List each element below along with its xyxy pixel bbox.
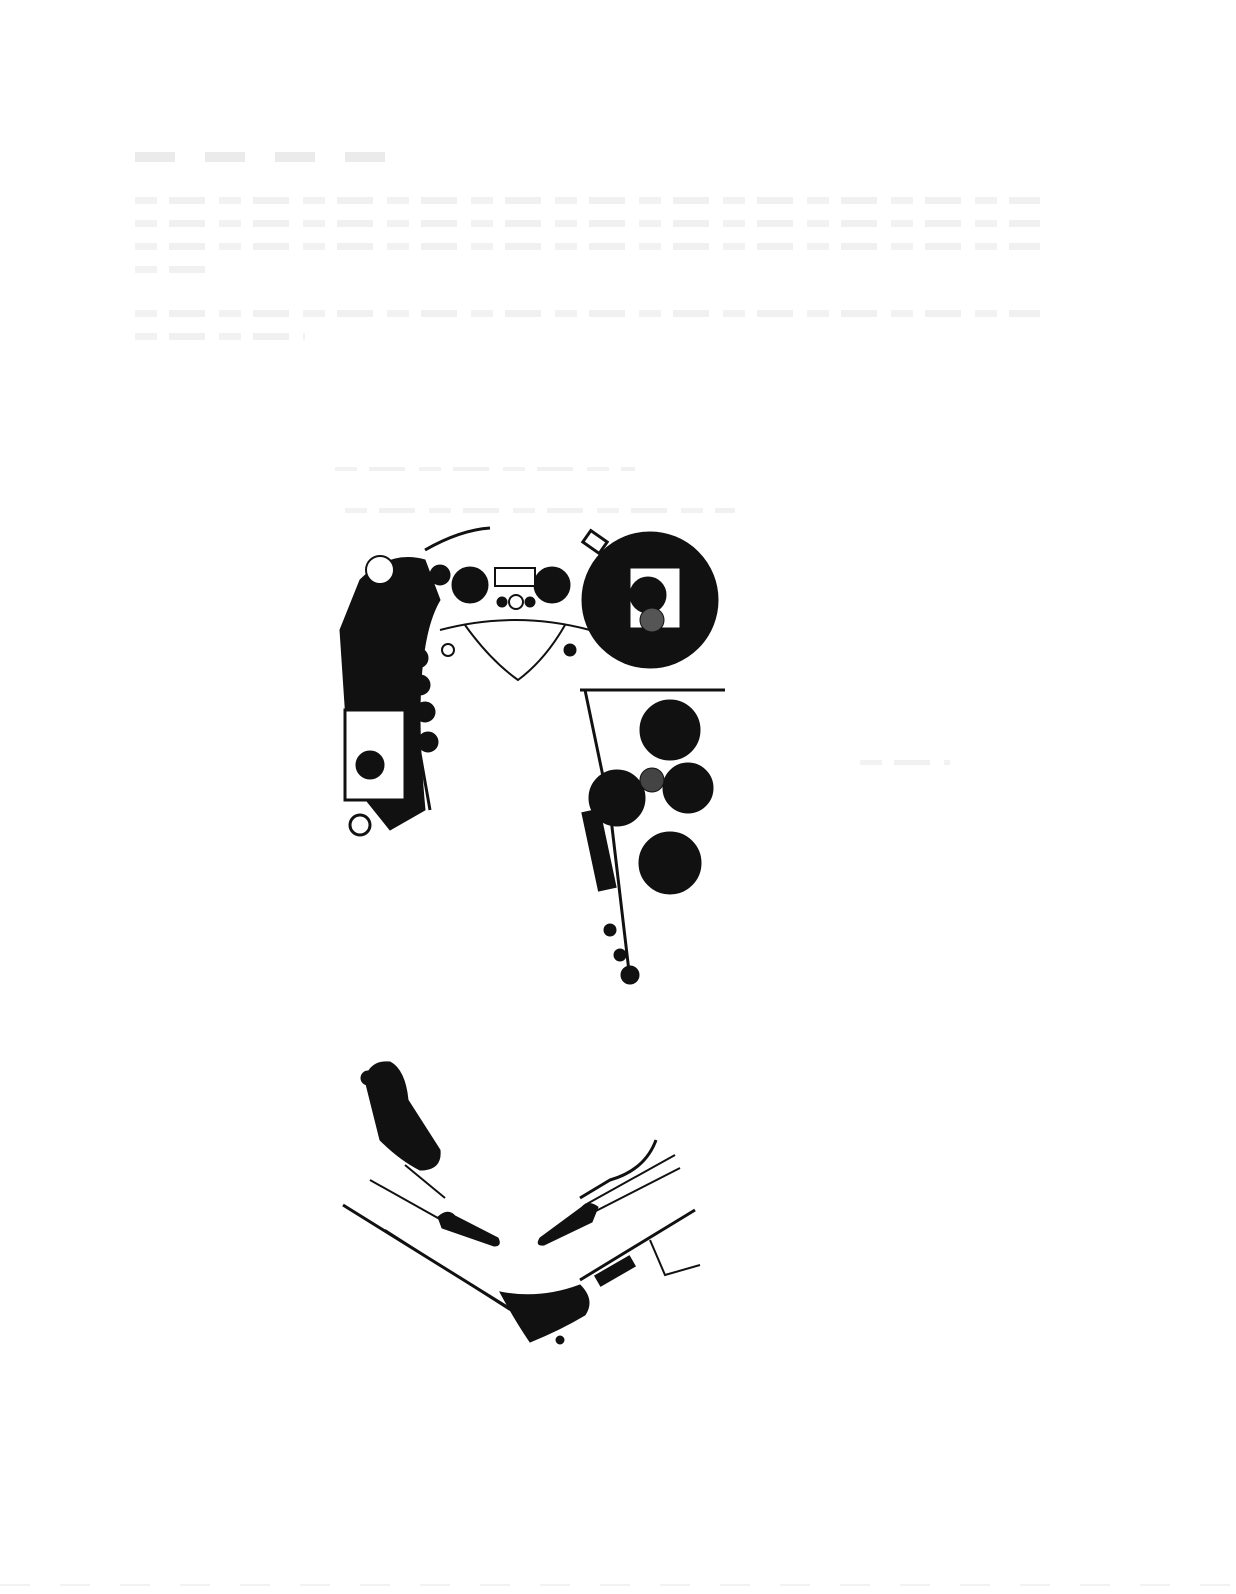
pop-bumper xyxy=(663,763,713,813)
pop-bumper xyxy=(452,567,488,603)
pinball-playfield-diagram xyxy=(330,480,750,1370)
pop-bumper xyxy=(534,567,570,603)
top-arch xyxy=(425,528,490,550)
section-heading xyxy=(135,152,395,162)
side-note xyxy=(860,760,950,765)
pop-bumper xyxy=(639,832,701,894)
left-flipper xyxy=(438,1212,499,1246)
apron xyxy=(500,1285,589,1342)
figure-header-line xyxy=(335,467,635,471)
left-slingshot xyxy=(365,1062,440,1170)
right-flipper xyxy=(538,1204,598,1246)
pop-bumper xyxy=(640,700,700,760)
page-footer-rule xyxy=(0,1584,1236,1586)
